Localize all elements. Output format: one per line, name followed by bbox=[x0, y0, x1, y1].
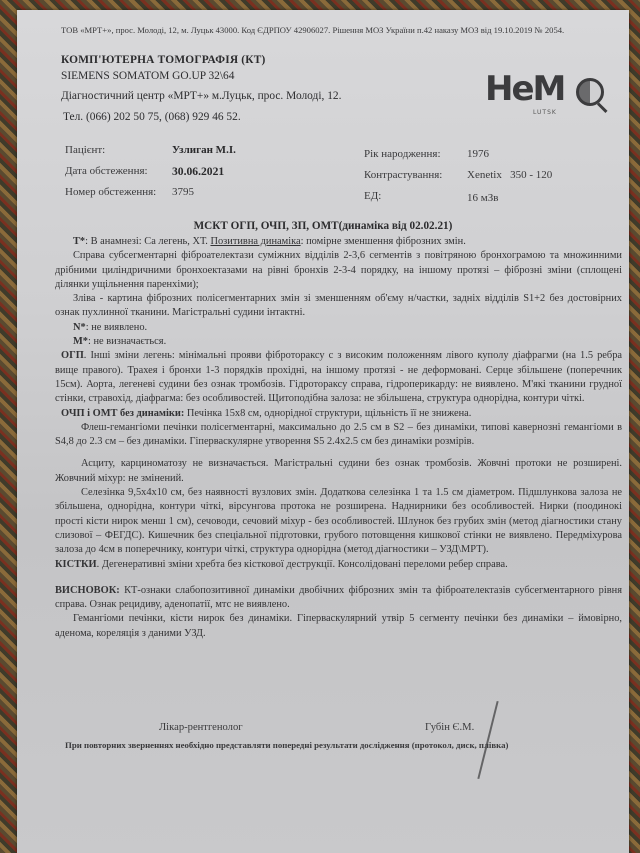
patient-label: Пацієнт: bbox=[65, 144, 105, 156]
conclusion-label: ВИСНОВОК: bbox=[55, 585, 120, 596]
t-rest: : помірне зменшення фіброзних змін. bbox=[301, 236, 466, 247]
center-address: Діагностичний центр «МРТ+» м.Луцьк, прос… bbox=[61, 90, 341, 102]
spacer bbox=[55, 572, 622, 584]
ochp-label: ОЧП і ОМТ без динаміки: bbox=[61, 408, 184, 419]
m-text: : не визначається. bbox=[88, 336, 166, 347]
bones-label: КІСТКИ bbox=[55, 559, 97, 570]
n-label: N* bbox=[73, 322, 86, 333]
magnifier-handle bbox=[597, 102, 608, 113]
report-title: МСКТ ОГП, ОЧП, ЗП, ОМТ(динаміка від 02.0… bbox=[17, 220, 629, 232]
n-paragraph: N*: не виявлено. bbox=[55, 321, 622, 335]
ogp-label: ОГП bbox=[61, 350, 84, 361]
t-label: Т* bbox=[73, 236, 85, 247]
right-side-paragraph: Справа субсегментарні фіброателектази су… bbox=[55, 249, 622, 292]
birth-year-value: 1976 bbox=[467, 148, 489, 160]
conclusion-2-paragraph: Гемангіоми печінки, кісти нирок без дина… bbox=[55, 612, 622, 641]
logo-text: НеМ bbox=[485, 69, 564, 109]
section-title: КОМП'ЮТЕРНА ТОМОГРАФІЯ (КТ) bbox=[61, 54, 266, 66]
medical-report-page: ТОВ «МРТ+», прос. Молоді, 12, м. Луцьк 4… bbox=[17, 10, 629, 853]
birth-year-label: Рік народження: bbox=[364, 148, 441, 160]
dose-value: 16 мЗв bbox=[467, 192, 498, 204]
doctor-role: Лікар-рентгенолог bbox=[159, 722, 243, 733]
dose-label: ЕД: bbox=[364, 190, 381, 202]
bones-paragraph: КІСТКИ. Дегенеративні зміни хребта без к… bbox=[55, 558, 622, 572]
m-paragraph: M*: не визначається. bbox=[55, 335, 622, 349]
hemangioma-paragraph: Флеш-гемангіоми печінки полісегментарні,… bbox=[55, 421, 622, 450]
phone-numbers: Тел. (066) 202 50 75, (068) 929 46 52. bbox=[63, 111, 241, 123]
report-body: Т*: В анамнезі: Ca легень, ХТ. Позитивна… bbox=[55, 235, 622, 641]
magnifier-icon bbox=[576, 78, 604, 106]
t-paragraph: Т*: В анамнезі: Ca легень, ХТ. Позитивна… bbox=[55, 235, 622, 249]
ogp-text: . Інші зміни легень: мінімальні прояви ф… bbox=[55, 350, 622, 404]
spleen-paragraph: Селезінка 9,5х4х10 см, без наявності вуз… bbox=[55, 486, 622, 557]
legal-info: ТОВ «МРТ+», прос. Молоді, 12, м. Луцьк 4… bbox=[61, 25, 621, 36]
conclusion-text: КТ-ознаки слабопозитивної динаміки двобі… bbox=[55, 585, 622, 610]
footer-note: При повторних зверненнях необхідно предс… bbox=[65, 740, 508, 750]
contrast-label: Контрастування: bbox=[364, 169, 442, 181]
doctor-name: Губін Є.М. bbox=[425, 722, 474, 733]
spacer bbox=[55, 449, 622, 457]
exam-number-value: 3795 bbox=[172, 186, 194, 198]
m-label: M* bbox=[73, 336, 88, 347]
exam-date-value: 30.06.2021 bbox=[172, 165, 224, 178]
left-side-paragraph: Зліва - картина фіброзних полісегментарн… bbox=[55, 292, 622, 321]
exam-date-label: Дата обстеження: bbox=[65, 165, 148, 177]
ogp-paragraph: ОГП. Інші зміни легень: мінімальні прояв… bbox=[55, 349, 622, 406]
contrast-value: Xenetix 350 - 120 bbox=[467, 169, 552, 181]
ascites-paragraph: Асциту, карциноматозу не визначається. М… bbox=[55, 457, 622, 486]
ochp-text: Печінка 15х8 см, однорідної структури, щ… bbox=[184, 408, 471, 419]
patient-value: Узлиган М.І. bbox=[172, 144, 236, 156]
n-text: : не виявлено. bbox=[86, 322, 147, 333]
ochp-paragraph: ОЧП і ОМТ без динаміки: Печінка 15х8 см,… bbox=[55, 407, 622, 421]
exam-number-label: Номер обстеження: bbox=[65, 186, 156, 198]
logo: НеМ LUTSK bbox=[485, 65, 615, 125]
t-intro: : В анамнезі: Ca легень, ХТ. bbox=[85, 236, 210, 247]
logo-subtext: LUTSK bbox=[533, 109, 557, 116]
bones-text: . Дегенеративні зміни хребта без кістков… bbox=[97, 559, 508, 570]
conclusion-paragraph: ВИСНОВОК: КТ-ознаки слабопозитивної дина… bbox=[55, 584, 622, 613]
scanner-model: SIEMENS SOMATOM GO.UP 32\64 bbox=[61, 70, 234, 82]
t-dynamic: Позитивна динаміка bbox=[210, 236, 300, 247]
